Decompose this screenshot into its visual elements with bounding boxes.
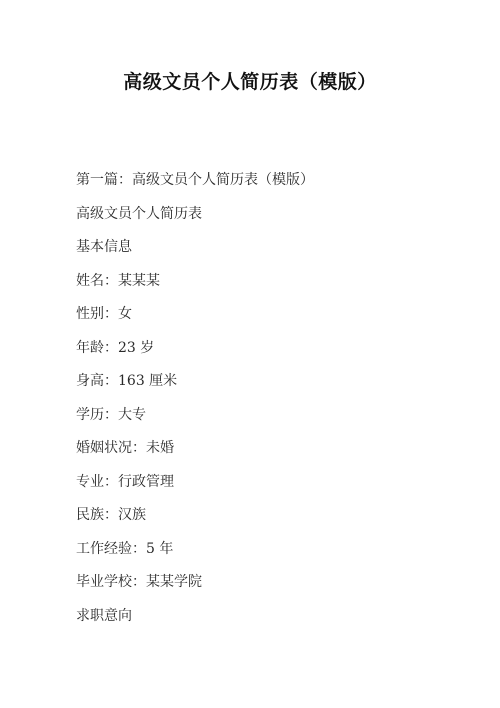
document-body: 第一篇：高级文员个人简历表（模版） 高级文员个人简历表 基本信息 姓名：某某某 … (76, 169, 456, 638)
field-ethnicity: 民族：汉族 (76, 504, 456, 526)
section-job-intention: 求职意向 (76, 605, 456, 627)
field-work-experience: 工作经验：5 年 (76, 538, 456, 560)
field-graduated-school: 毕业学校：某某学院 (76, 571, 456, 593)
document-page: 高级文员个人简历表（模版） 第一篇：高级文员个人简历表（模版） 高级文员个人简历… (0, 0, 500, 708)
field-name: 姓名：某某某 (76, 270, 456, 292)
chapter-heading: 第一篇：高级文员个人简历表（模版） (76, 169, 456, 191)
resume-title-line: 高级文员个人简历表 (76, 203, 456, 225)
field-major: 专业：行政管理 (76, 471, 456, 493)
field-gender: 性别：女 (76, 303, 456, 325)
section-basic-info: 基本信息 (76, 236, 456, 258)
document-title: 高级文员个人简历表（模版） (0, 70, 500, 94)
field-marital-status: 婚姻状况：未婚 (76, 437, 456, 459)
field-education: 学历：大专 (76, 404, 456, 426)
field-age: 年龄：23 岁 (76, 337, 456, 359)
field-height: 身高：163 厘米 (76, 370, 456, 392)
